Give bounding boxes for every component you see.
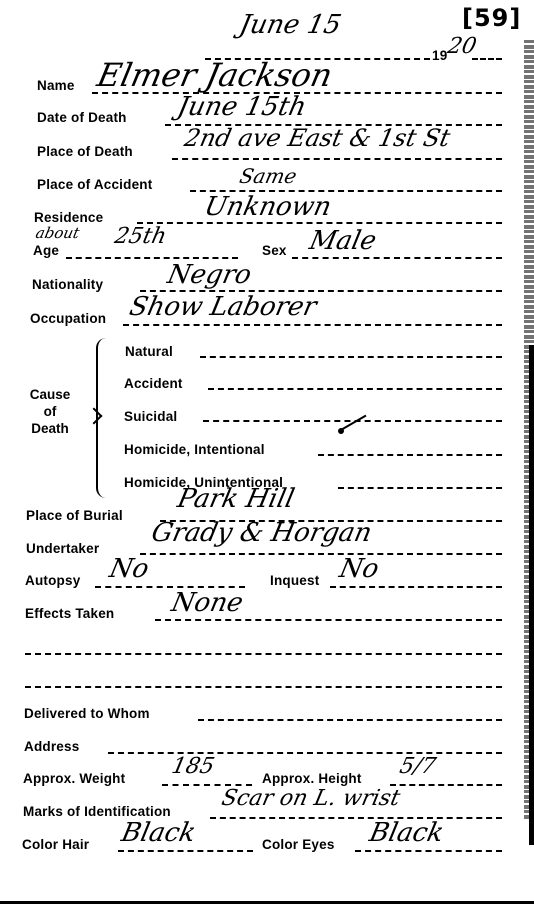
cause-label-line3: Death [28,420,72,437]
inquest-line [330,586,502,588]
autopsy-label: Autopsy [25,573,80,588]
date-handwritten: June 15 [237,10,344,40]
address-line[interactable] [108,752,502,754]
undertaker-line [140,553,502,555]
place-of-burial-value[interactable]: Park Hill [175,484,297,514]
approx-height-label: Approx. Height [262,771,362,786]
approx-weight-label: Approx. Weight [23,771,125,786]
approx-height-line [390,784,502,786]
nationality-value[interactable]: Negro [165,260,254,290]
death-record-card: [59] June 15 19 20 Name Elmer Jackson Da… [0,0,534,909]
record-number-stamp: [59] [462,4,521,32]
color-hair-value[interactable]: Black [119,818,199,848]
blank-line-2[interactable] [25,686,502,688]
accident-line [208,388,502,390]
age-line [66,257,238,259]
undertaker-label: Undertaker [26,541,99,556]
color-hair-line [118,850,253,852]
cause-label-line2: of [28,403,72,420]
effects-taken-value[interactable]: None [169,588,246,618]
color-eyes-value[interactable]: Black [367,818,447,848]
approx-weight-value[interactable]: 185 [169,754,216,779]
scan-edge-border [529,345,534,845]
place-of-death-value[interactable]: 2nd ave East & 1st St [182,124,453,152]
year-line [472,58,502,60]
residence-value[interactable]: Unknown [202,192,334,222]
inquest-label: Inquest [270,573,319,588]
sex-label: Sex [262,243,287,258]
effects-taken-line [155,619,502,621]
cause-option-homicide-intentional[interactable]: Homicide, Intentional [124,442,265,457]
occupation-value[interactable]: Show Laborer [127,292,319,322]
residence-label: Residence [34,210,103,225]
cause-option-suicidal[interactable]: Suicidal [124,409,177,424]
cause-option-natural[interactable]: Natural [125,344,173,359]
marks-of-identification-line [210,817,502,819]
cause-option-accident[interactable]: Accident [124,376,183,391]
name-label: Name [37,78,75,93]
occupation-line [123,324,502,326]
color-eyes-line [355,850,502,852]
date-of-death-label: Date of Death [37,110,127,125]
age-label: Age [33,243,59,258]
undertaker-value[interactable]: Grady & Horgan [149,518,375,548]
sex-line [292,257,502,259]
homicide-unintentional-line [338,487,502,489]
age-qualifier: about [34,224,81,242]
name-value[interactable]: Elmer Jackson [94,56,336,94]
approx-height-value[interactable]: 5/7 [397,754,438,779]
sex-value[interactable]: Male [307,226,379,256]
cause-label-line1: Cause [28,386,72,403]
occupation-label: Occupation [30,311,106,326]
check-mark-dot-icon [338,428,344,434]
date-of-death-value[interactable]: June 15th [175,92,309,122]
age-value[interactable]: 25th [112,224,168,249]
place-of-death-line [172,158,502,160]
autopsy-value[interactable]: No [107,554,152,584]
place-of-accident-value[interactable]: Same [237,164,299,188]
address-label: Address [24,739,79,754]
color-hair-label: Color Hair [22,837,89,852]
delivered-to-whom-line[interactable] [198,719,502,721]
residence-line [137,222,502,224]
place-of-burial-label: Place of Burial [26,508,123,523]
cause-of-death-label: Cause of Death [28,386,72,437]
effects-taken-label: Effects Taken [25,606,114,621]
color-eyes-label: Color Eyes [262,837,335,852]
scan-bottom-border [0,901,534,904]
place-of-accident-label: Place of Accident [37,177,152,192]
year-handwritten: 20 [445,34,478,59]
delivered-to-whom-label: Delivered to Whom [24,706,150,721]
blank-line-1[interactable] [25,653,502,655]
place-of-death-label: Place of Death [37,144,133,159]
marks-of-identification-label: Marks of Identification [23,804,171,819]
marks-of-identification-value[interactable]: Scar on L. wrist [219,786,402,811]
inquest-value[interactable]: No [337,554,382,584]
homicide-intentional-line [318,454,502,456]
nationality-label: Nationality [32,277,103,292]
natural-line [200,356,502,358]
